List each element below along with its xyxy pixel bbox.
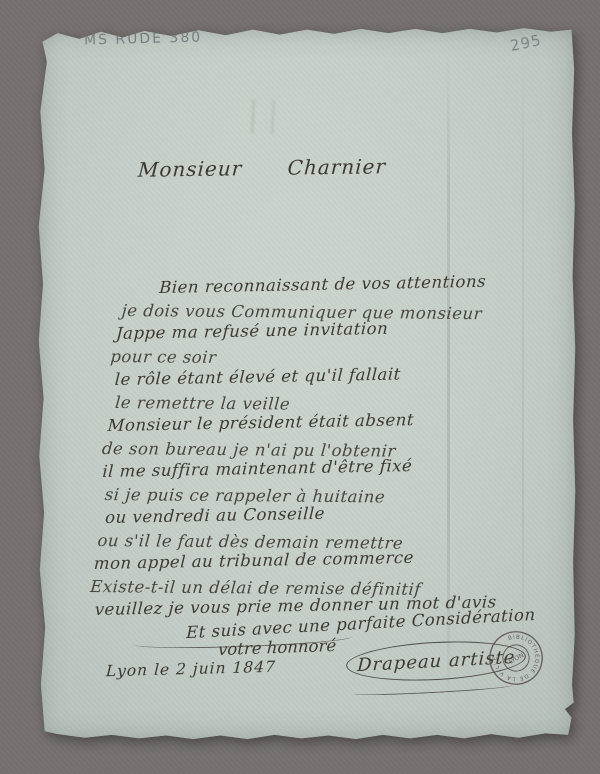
- letter-dateline: Lyon le 2 juin 1847: [106, 658, 277, 680]
- letter-salutation: Monsieur Charnier: [137, 154, 386, 181]
- archive-shelfmark: MS RUDE 380: [84, 29, 203, 48]
- paper-sheet: MS RUDE 380 295 Monsieur Charnier Bien r…: [36, 26, 578, 742]
- letter-line: Bien reconnaissant de vos attentions: [159, 268, 593, 299]
- ink-bleedthrough-mark: [251, 99, 275, 134]
- letter-valediction: votre honnoré: [218, 636, 337, 659]
- paper-shadow: MS RUDE 380 295 Monsieur Charnier Bien r…: [36, 26, 578, 742]
- signature-underline-flourish: [354, 682, 512, 697]
- stamp-center-text: LYON: [508, 652, 526, 666]
- letter-body: Bien reconnaissant de vos attentions je …: [88, 276, 592, 621]
- folio-number: 295: [508, 31, 543, 55]
- scan-background: MS RUDE 380 295 Monsieur Charnier Bien r…: [0, 0, 600, 774]
- library-stamp: BIBLIOTHÈQUE DE LA VILLE LYON: [473, 615, 560, 702]
